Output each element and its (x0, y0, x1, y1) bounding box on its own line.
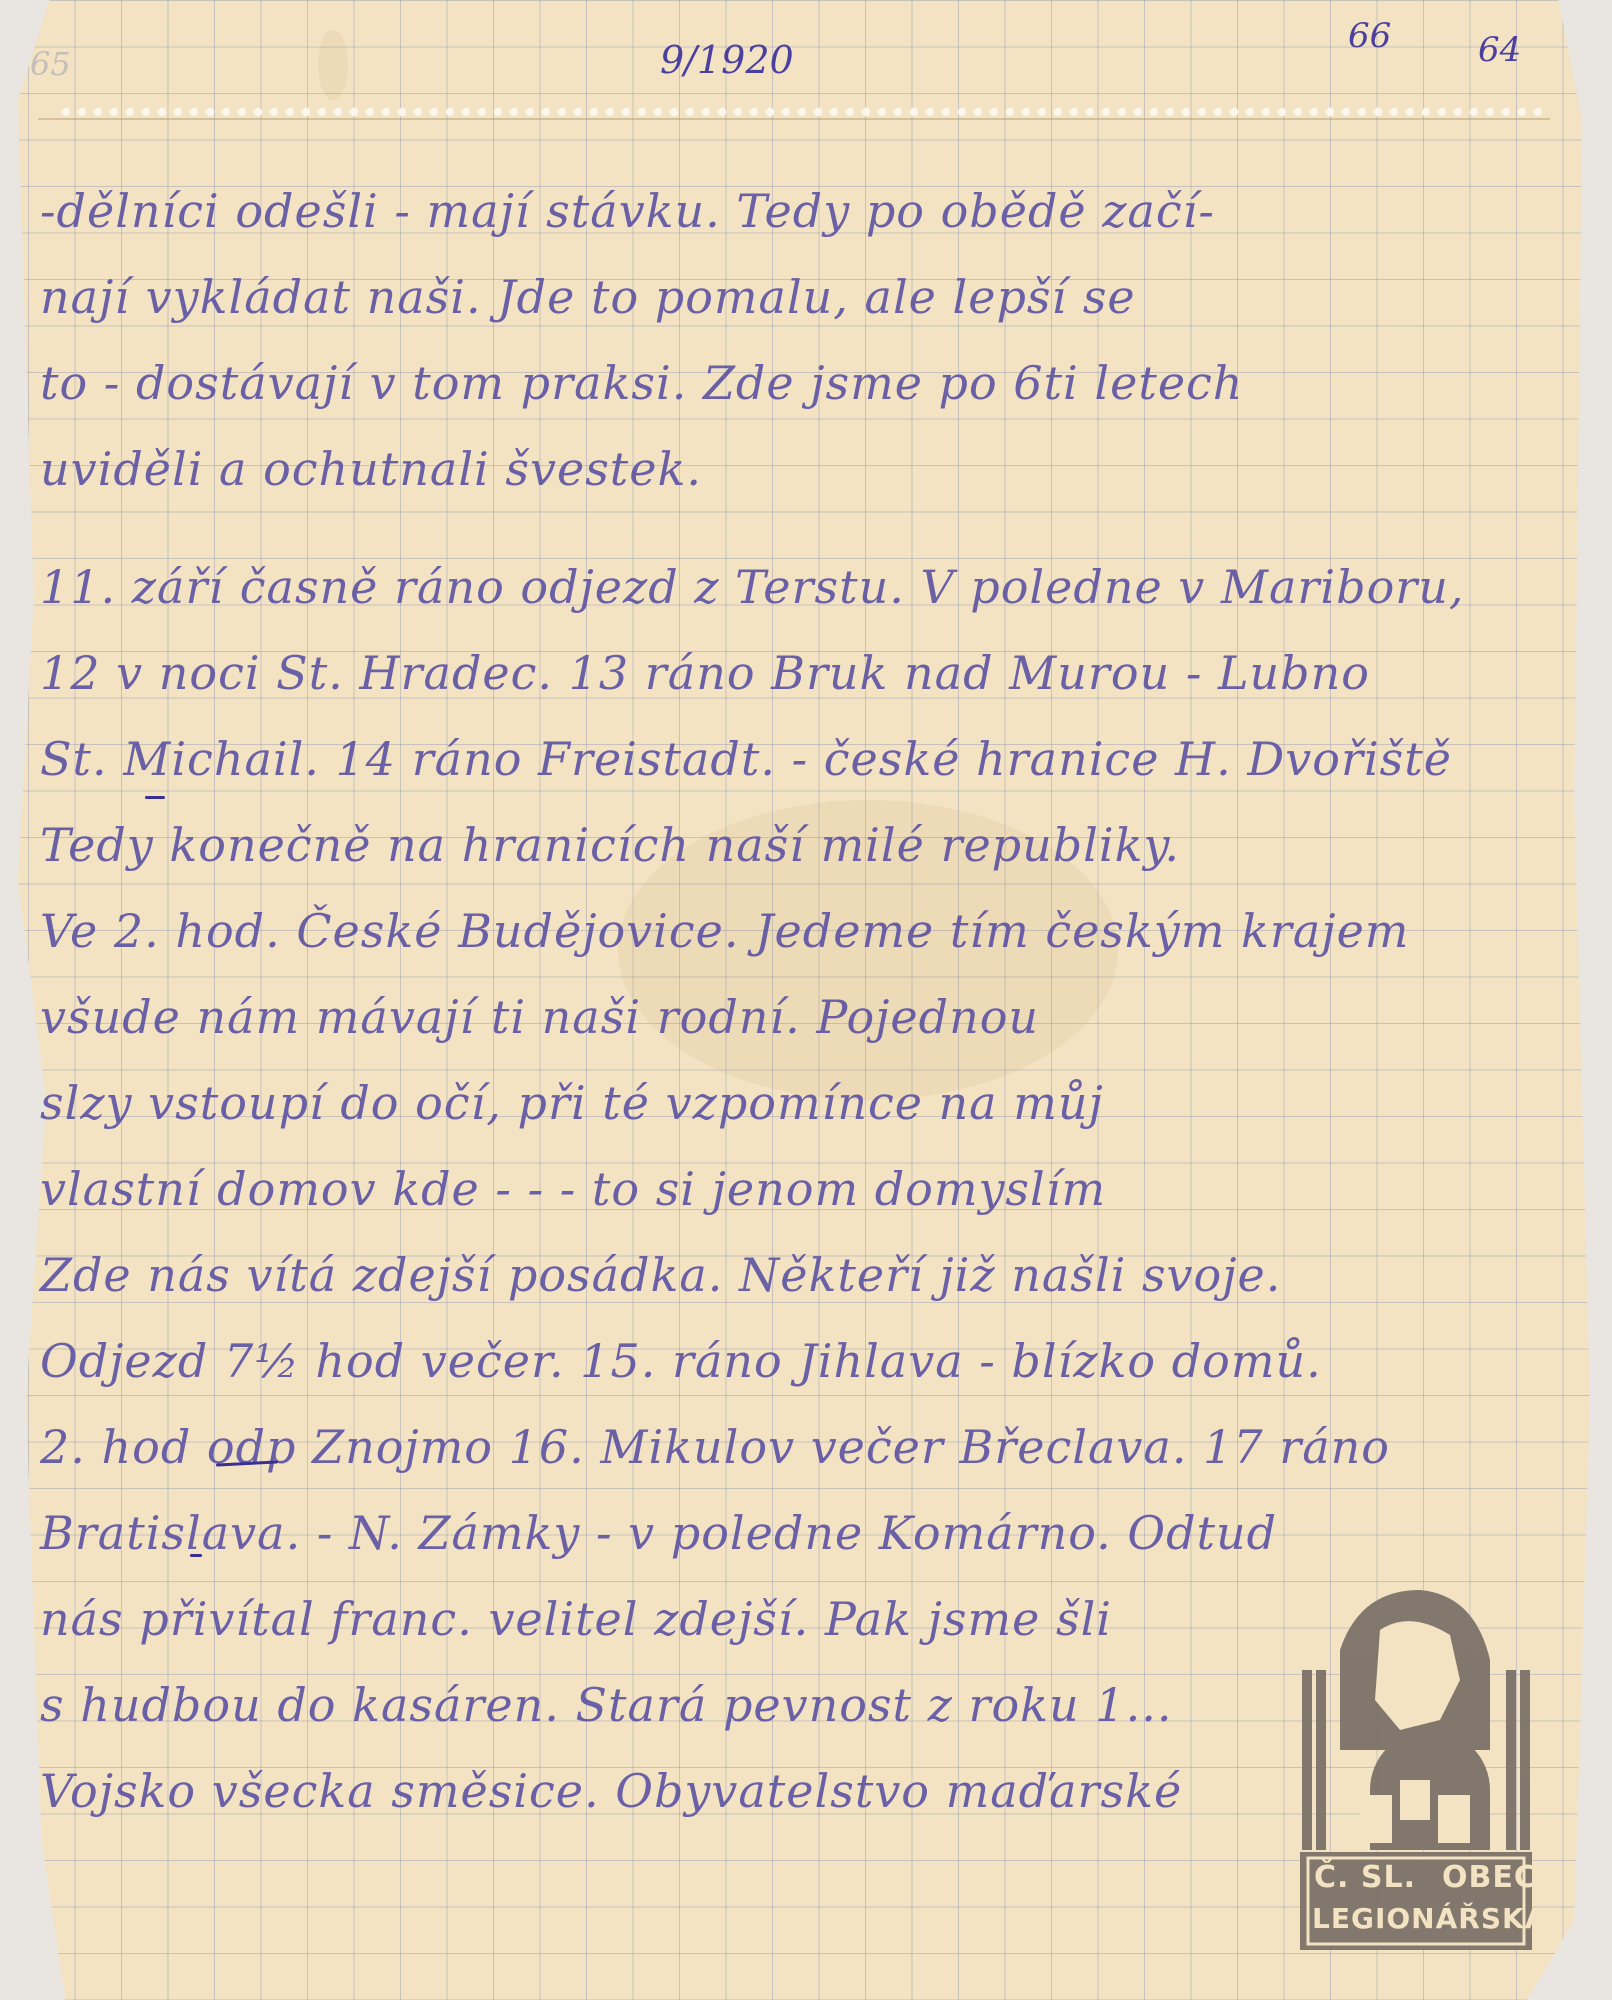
text-line: to - dostávají v tom praksi. Zde jsme po… (40, 356, 1243, 410)
text-line: nají vykládat naši. Jde to pomalu, ale l… (40, 270, 1136, 324)
fold-line (38, 118, 1550, 120)
emblem-text-obec: OBEC (1442, 1860, 1537, 1895)
text-line: Ve 2. hod. České Budějovice. Jedeme tím … (40, 904, 1409, 958)
text-line: Odjezd 7½ hod večer. 15. ráno Jihlava - … (40, 1334, 1322, 1388)
legionnaire-helmet-icon (1300, 1590, 1532, 1950)
text-line: St. Michail. 14 ráno Freistadt. - české … (40, 732, 1452, 786)
text-line: 11. září časně ráno odjezd z Terstu. V p… (40, 560, 1465, 614)
text-line: -dělníci odešli - mají stávku. Tedy po o… (40, 184, 1215, 238)
page-number-secondary: 64 (1478, 30, 1521, 70)
text-line: nás přivítal franc. velitel zdejší. Pak … (40, 1592, 1112, 1646)
text-line: všude nám mávají ti naši rodní. Pojednou (40, 990, 1039, 1044)
emblem-text-legionarska: LEGIONÁŘSKÁ (1312, 1902, 1547, 1935)
underline-mark (190, 1554, 202, 1557)
text-line: Tedy konečně na hranicích naší milé repu… (40, 818, 1180, 872)
text-line: s hudbou do kasáren. Stará pevnost z rok… (40, 1678, 1172, 1732)
perforation-edge (58, 106, 1545, 118)
text-line: slzy vstoupí do očí, při té vzpomínce na… (40, 1076, 1104, 1130)
date-note: 9/1920 (660, 38, 794, 82)
text-line: Bratislava. - N. Zámky - v poledne Komár… (40, 1506, 1277, 1560)
emblem-text-csl: Č. SL. (1314, 1860, 1416, 1895)
text-line: Vojsko všecka směsice. Obyvatelstvo maďa… (40, 1764, 1182, 1818)
text-line: vlastní domov kde - - - to si jenom domy… (40, 1162, 1106, 1216)
text-line: uviděli a ochutnali švestek. (40, 442, 702, 496)
legion-emblem-watermark: Č. SL. OBEC LEGIONÁŘSKÁ (1300, 1590, 1532, 1950)
text-line: Zde nás vítá zdejší posádka. Někteří již… (40, 1248, 1281, 1302)
underline-mark (145, 796, 165, 799)
text-line: 2. hod odp Znojmo 16. Mikulov večer Břec… (40, 1420, 1390, 1474)
text-line: 12 v noci St. Hradec. 13 ráno Bruk nad M… (40, 646, 1370, 700)
page-number-primary: 66 (1348, 16, 1391, 56)
faint-page-number: 65 (30, 45, 71, 83)
paper-stain (318, 30, 348, 100)
